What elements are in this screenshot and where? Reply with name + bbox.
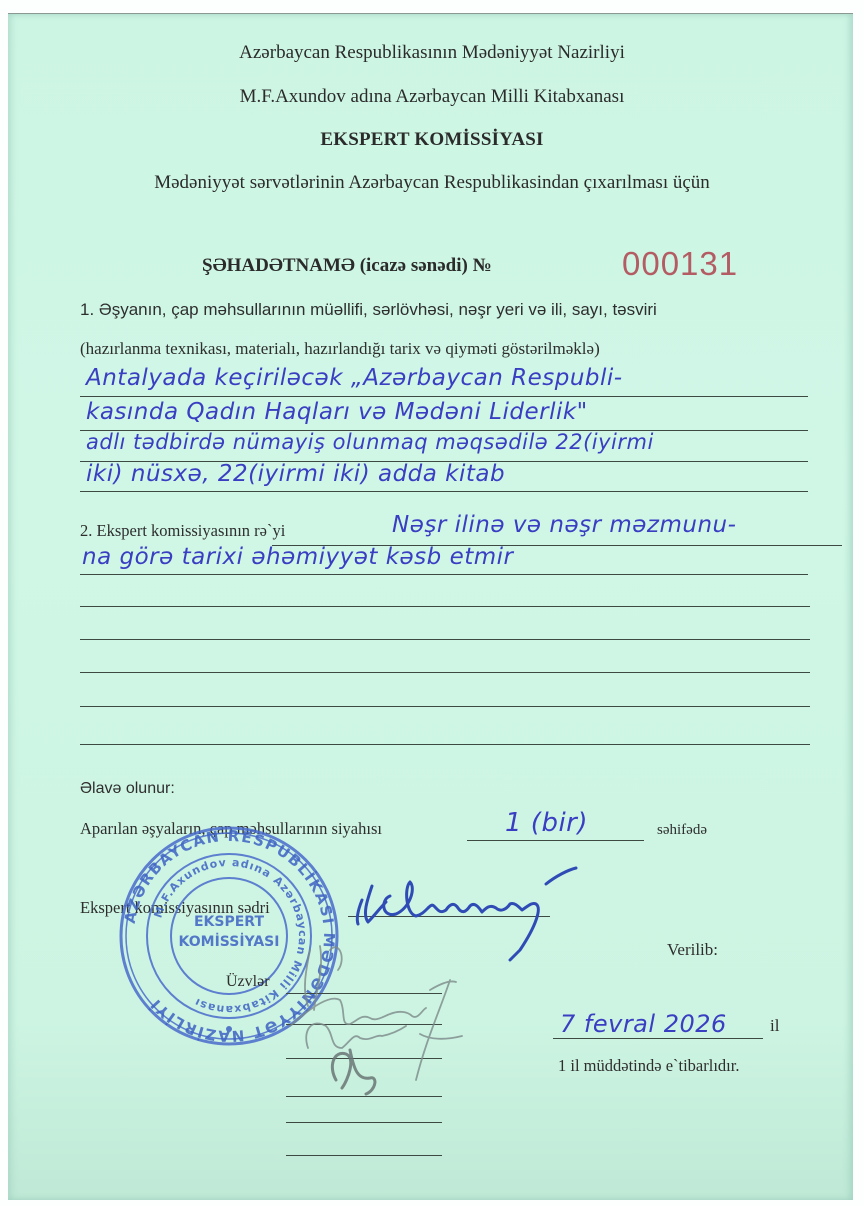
issued-label: Verilib: [667, 940, 718, 960]
entry-line [80, 574, 808, 575]
issued-date-handwriting: 7 fevral 2026 [560, 1010, 727, 1038]
validity-text: 1 il müddətində e`tibarlıdır. [558, 1056, 739, 1076]
entry-line [80, 491, 808, 492]
section1-label-line2: (hazırlanma texnikası, materialı, hazırl… [80, 339, 600, 359]
attachment-label: Əlavə olunur: [80, 780, 175, 798]
entry-line [80, 639, 810, 640]
stamp-center-line1: EKSPERT [194, 914, 264, 930]
member-signatures [250, 930, 500, 1110]
signature-line [286, 1155, 442, 1156]
purpose-heading: Mədəniyyət sərvətlərinin Azərbaycan Resp… [0, 172, 864, 194]
certificate-number: 000131 [622, 245, 738, 283]
section1-handwriting-line: iki) nüsxə, 22(iyirmi iki) adda kitab [86, 461, 505, 487]
date-line [553, 1038, 763, 1039]
section2-handwriting-line: Nəşr ilinə və nəşr məzmunu- [392, 512, 736, 538]
commission-heading: EKSPERT KOMİSSİYASI [0, 129, 864, 151]
certificate-label: ŞƏHADƏTNAMƏ (icazə sənədi) № [202, 255, 492, 276]
signature-line [286, 1122, 442, 1123]
entry-line [467, 840, 644, 841]
year-suffix: il [770, 1016, 779, 1036]
section2-handwriting-line: na görə tarixi əhəmiyyət kəsb etmir [82, 544, 514, 570]
entry-line [80, 706, 810, 707]
entry-line [80, 606, 810, 607]
certificate-title: ŞƏHADƏTNAMƏ (icazə sənədi) № [202, 255, 492, 277]
entry-line [80, 396, 808, 397]
section1-handwriting-line: adlı tədbirdə nümayiş olunmaq məqsədilə … [86, 430, 654, 454]
library-heading: M.F.Axundov adına Azərbaycan Milli Kitab… [0, 86, 864, 108]
pages-suffix: səhifədə [657, 822, 707, 839]
section1-handwriting-line: Antalyada keçiriləcək „Azərbaycan Respub… [86, 365, 623, 391]
entry-line [80, 744, 810, 745]
section1-handwriting-line: kasında Qadın Haqları və Mədəni Liderlik… [86, 399, 588, 425]
entry-line [80, 672, 810, 673]
section2-label: 2. Ekspert komissiyasının rə`yi [80, 521, 285, 541]
ministry-heading: Azərbaycan Respublikasının Mədəniyyət Na… [0, 42, 864, 64]
section1-label-line1: 1. Əşyanın, çap məhsullarının müəllifi, … [80, 300, 657, 320]
pages-count-handwriting: 1 (bir) [505, 808, 588, 838]
